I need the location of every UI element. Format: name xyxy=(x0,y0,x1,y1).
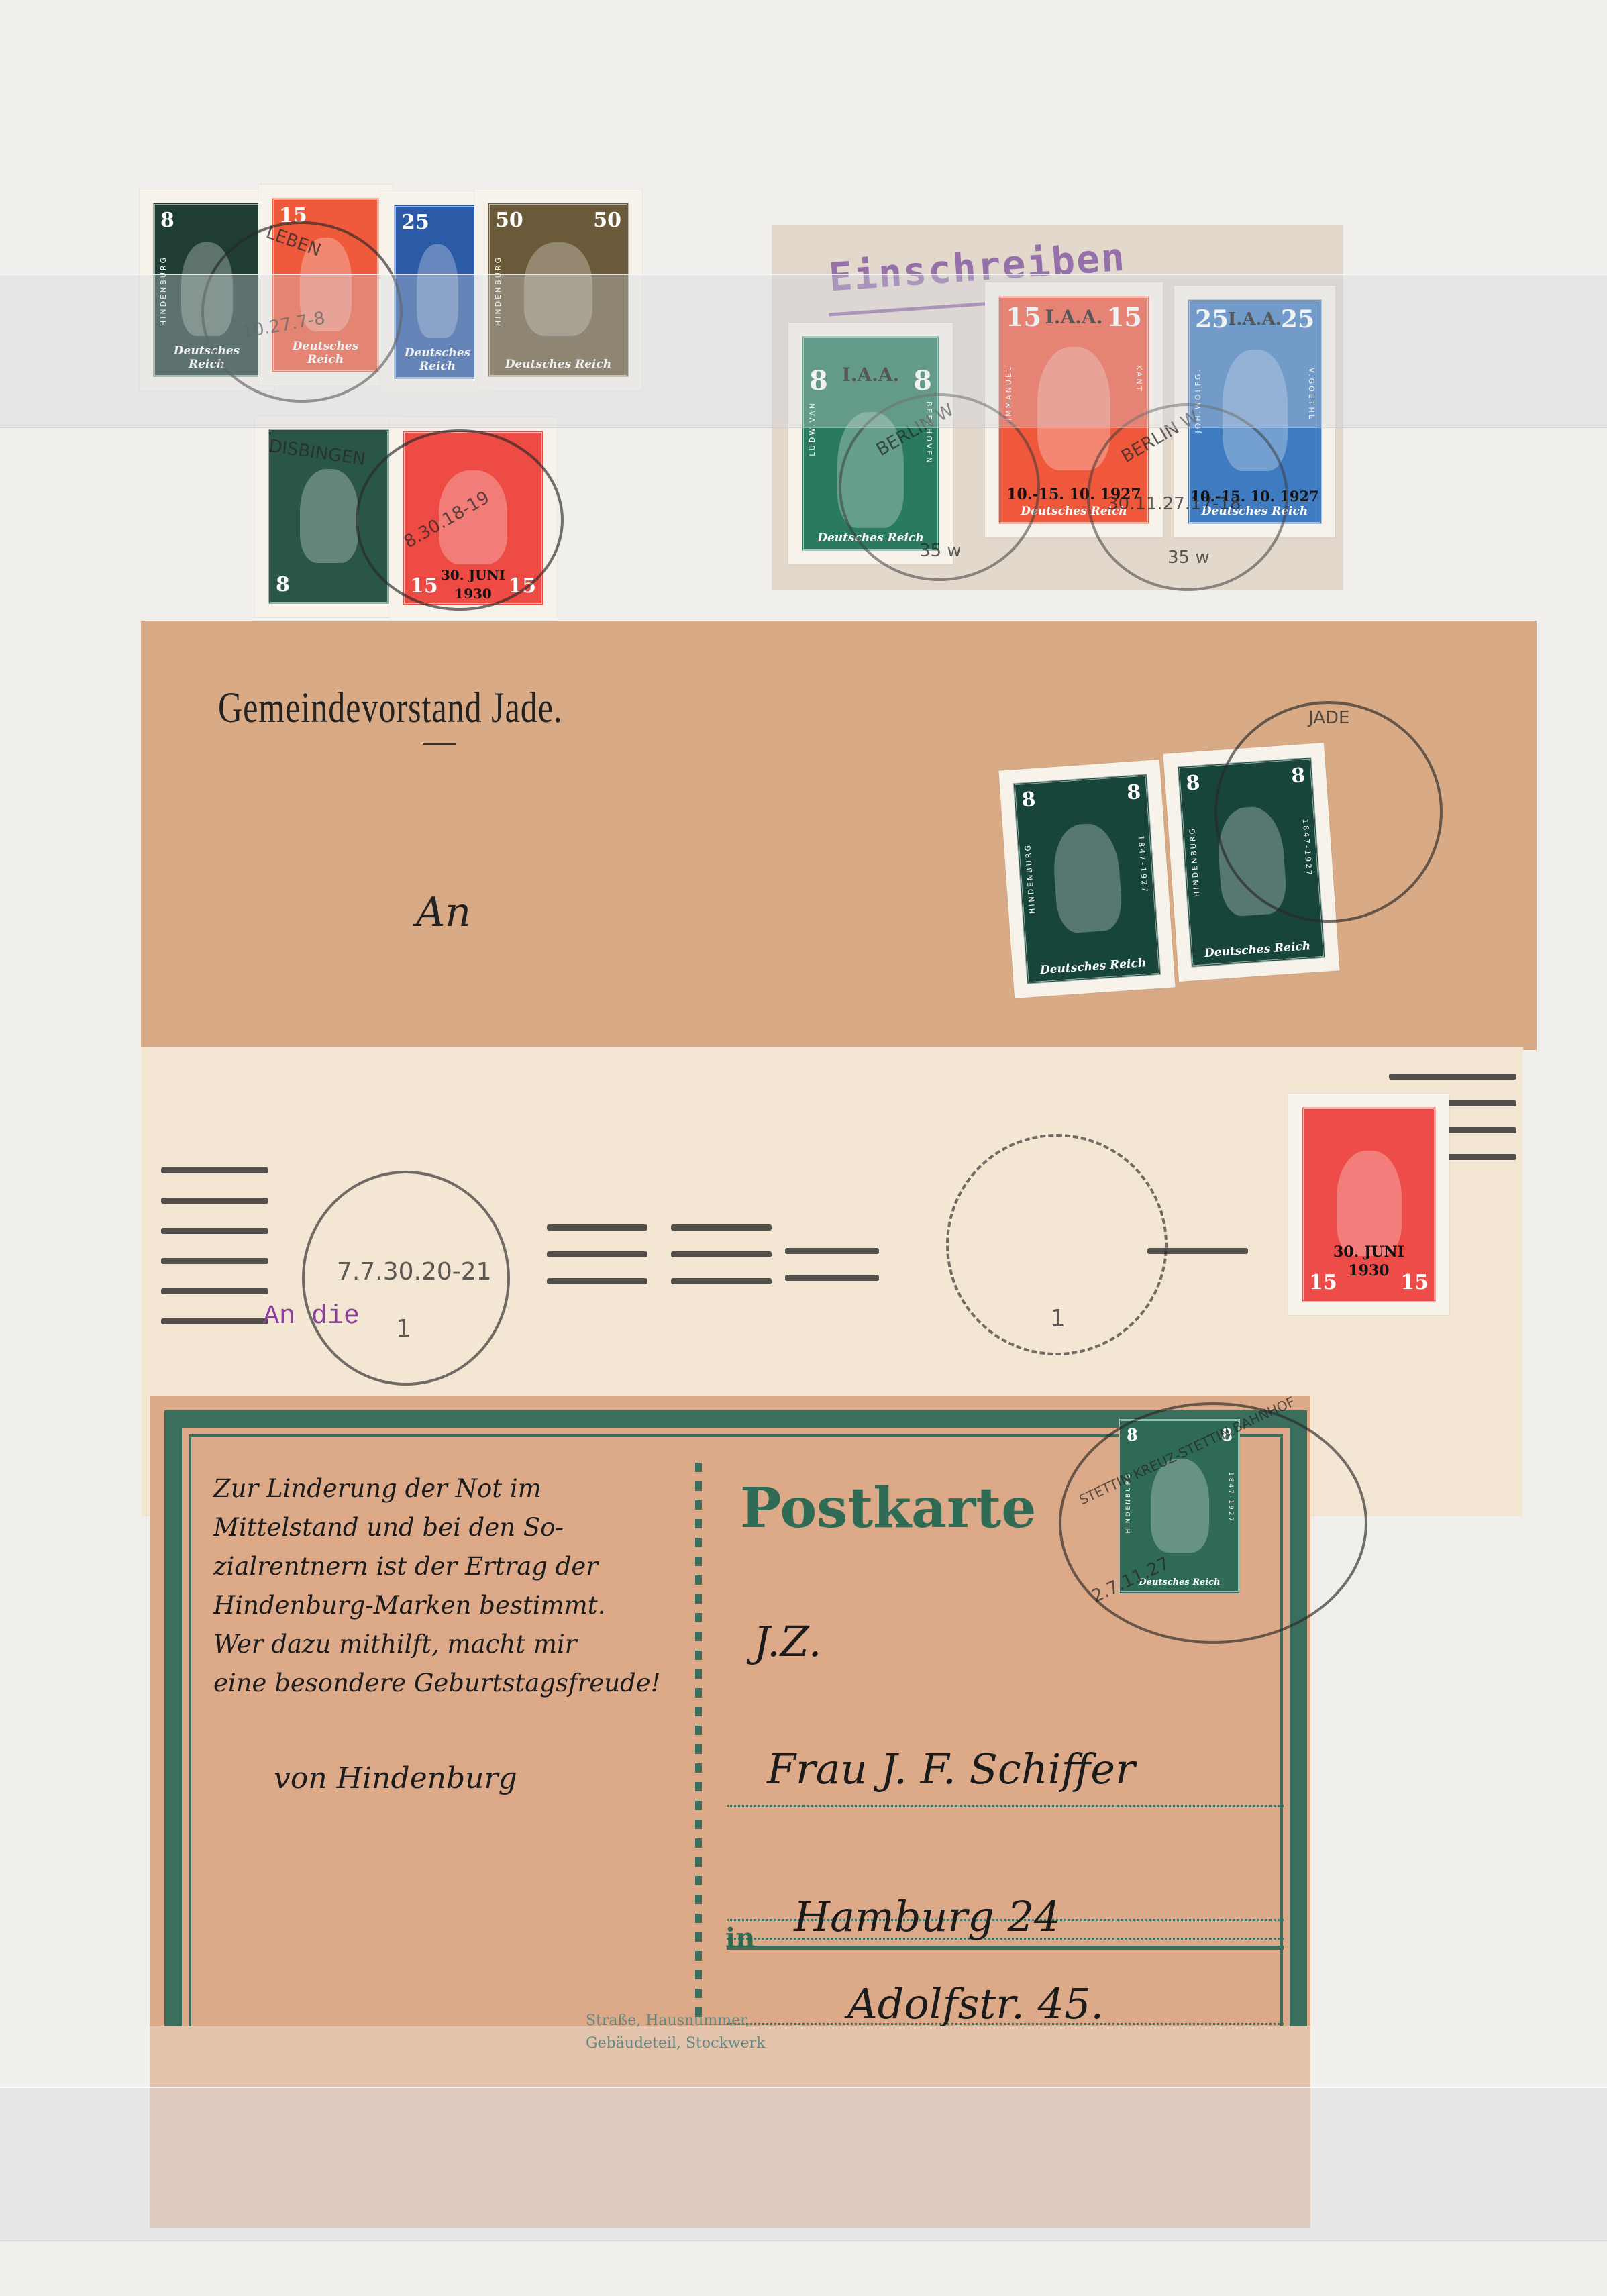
stamp-overprint: I.A.A. xyxy=(1190,309,1320,329)
machine-cancel-bar xyxy=(161,1318,268,1324)
machine-cancel-bar xyxy=(161,1228,268,1234)
stamp-denomination: 8 xyxy=(1126,780,1141,804)
machine-cancel-bar xyxy=(161,1167,268,1173)
stamp-country: Deutsches Reich xyxy=(1192,939,1323,961)
stamp-side-text: LUDW.VAN xyxy=(808,401,817,456)
stamp[interactable]: 8 8 HINDENBURG 1847-1927 Deutsches Reich xyxy=(1163,743,1339,982)
address-line: Hamburg 24 xyxy=(794,1892,1060,1941)
address-hint: Straße, Hausnummer, Gebäudeteil, Stockwe… xyxy=(586,2010,766,2055)
portrait-icon xyxy=(837,412,904,528)
machine-cancel-bar xyxy=(785,1275,879,1281)
postcard[interactable]: Zur Linderung der Not im Mittelstand und… xyxy=(150,1396,1310,2026)
message-line: Wer dazu mithilft, macht mir xyxy=(213,1625,683,1664)
stamp-denomination: 8 xyxy=(1290,764,1306,788)
message-line: Hindenburg-Marken bestimmt. xyxy=(213,1586,683,1625)
typed-address: An die xyxy=(263,1302,360,1332)
machine-cancel-bar xyxy=(1389,1074,1516,1080)
machine-cancel-bar xyxy=(671,1278,772,1284)
stamp-denomination: 50 xyxy=(495,209,523,232)
machine-cancel-bar xyxy=(671,1224,772,1231)
stamp-overprint: 1930 xyxy=(1304,1262,1434,1280)
stamp-denomination: 8 xyxy=(1021,788,1036,812)
postcard-divider xyxy=(695,1463,702,2046)
stamp[interactable]: 15 15 30. JUNI 1930 xyxy=(389,417,557,619)
stamp-country: Deutsches Reich xyxy=(155,344,258,371)
stamp-country: Deutsches Reich xyxy=(490,358,627,371)
portrait-icon xyxy=(524,242,592,336)
stamp-denomination: 8 xyxy=(160,209,174,232)
stamp[interactable]: 8 HINDENBURG Deutsches Reich xyxy=(140,189,274,390)
stamp-denomination: 8 xyxy=(276,573,290,596)
address-rule xyxy=(727,1946,1284,1950)
stamp-overprint: 30. JUNI xyxy=(405,567,541,583)
machine-cancel-bar xyxy=(161,1258,268,1264)
stamp-denomination: 15 xyxy=(279,204,307,227)
stamp[interactable]: 8 8 I.A.A. LUDW.VAN BEETHOVEN Deutsches … xyxy=(788,323,953,564)
portrait-icon xyxy=(1337,1151,1402,1255)
postmark-town: JADE xyxy=(1308,708,1349,728)
machine-cancel-bar xyxy=(671,1251,772,1257)
portrait-icon xyxy=(300,469,358,563)
stamp-denomination: 50 xyxy=(593,209,621,232)
stamp-side-text: HINDENBURG xyxy=(494,256,503,326)
machine-cancel-bar xyxy=(1147,1248,1248,1254)
message-line: Mittelstand und bei den So- xyxy=(213,1508,683,1547)
address-line: Frau J. F. Schiffer xyxy=(767,1744,1135,1793)
postmark-date: 30.11.27.17-18 xyxy=(1107,494,1241,514)
portrait-icon xyxy=(417,244,458,338)
portrait-icon xyxy=(181,242,233,336)
portrait-icon xyxy=(1151,1459,1209,1553)
portrait-icon xyxy=(1051,821,1123,934)
stamp[interactable]: 15 15 30. JUNI 1930 xyxy=(1288,1094,1449,1315)
message-line: zialrentnern ist der Ertrag der xyxy=(213,1547,683,1586)
stamp[interactable]: 8 8 HINDENBURG 1847-1927 Deutsches Reich xyxy=(998,760,1175,998)
divider xyxy=(423,743,456,745)
address-line: Adolfstr. 45. xyxy=(847,1979,1104,2028)
postmark-code: 1 xyxy=(1050,1305,1066,1333)
stamp-side-text: 1847-1927 xyxy=(1137,835,1149,894)
stamp[interactable]: 15 Deutsches Reich xyxy=(258,185,393,386)
machine-cancel-bar xyxy=(161,1198,268,1204)
address-line: J.Z. xyxy=(754,1617,821,1666)
stamp-side-text: IMMANUEL xyxy=(1004,365,1013,421)
portrait-icon xyxy=(1223,350,1288,471)
hint-line: Gebäudeteil, Stockwerk xyxy=(586,2032,766,2055)
hint-line: Straße, Hausnummer, xyxy=(586,2010,766,2032)
stamp-side-text: 1847-1927 xyxy=(1301,819,1314,878)
registered-mail-piece[interactable]: Einschreiben 8 8 I.A.A. LUDW.VAN BEETHOV… xyxy=(772,225,1343,590)
machine-cancel-bar xyxy=(547,1251,647,1257)
cover-jade[interactable]: Gemeindevorstand Jade. An 8 8 HINDENBURG… xyxy=(141,621,1537,1050)
address-rule xyxy=(727,1805,1284,1807)
stamp-denomination: 25 xyxy=(401,211,429,234)
stamp-country: Deutsches Reich xyxy=(274,340,377,366)
address-in-label: in xyxy=(725,1922,755,1954)
stamp-side-text: HINDENBURG xyxy=(1023,843,1037,915)
stamp[interactable]: 50 50 HINDENBURG Deutsches Reich xyxy=(474,189,642,390)
stamp-side-text: KANT xyxy=(1135,365,1143,393)
stamp-side-text: V.GOETHE xyxy=(1307,368,1316,421)
stamp-overprint: 30. JUNI xyxy=(1304,1243,1434,1261)
stamp-side-text: 1847-1927 xyxy=(1227,1472,1234,1523)
stamp-overprint: I.A.A. xyxy=(1000,306,1147,328)
stamp-side-text: HINDENBURG xyxy=(1188,827,1201,898)
postmark-date: 7.7.30.20-21 xyxy=(337,1258,492,1286)
stamp-side-text: HINDENBURG xyxy=(159,256,168,326)
machine-cancel-bar xyxy=(547,1224,647,1231)
handwritten-address: An xyxy=(416,889,471,936)
postmark-code: 1 xyxy=(396,1315,411,1343)
machine-cancel-bar xyxy=(785,1248,879,1254)
machine-cancel-bar xyxy=(547,1278,647,1284)
message-line: eine besondere Geburtstagsfreude! xyxy=(213,1664,683,1703)
cover-sender: Gemeindevorstand Jade. xyxy=(218,682,563,732)
postcard-lower xyxy=(150,2026,1310,2228)
message-line: Zur Linderung der Not im xyxy=(213,1469,683,1508)
postcard-message: Zur Linderung der Not im Mittelstand und… xyxy=(213,1469,683,1703)
stamp-denomination: 8 xyxy=(1185,771,1200,795)
stamp-overprint: 1930 xyxy=(405,586,541,602)
stamp-country: Deutsches Reich xyxy=(396,346,479,373)
portrait-icon xyxy=(1215,804,1288,917)
stamp-denomination: 8 xyxy=(1127,1425,1138,1445)
postmark-code: 35 w xyxy=(919,541,962,561)
postmark-code: 35 w xyxy=(1168,547,1210,568)
stamp-overprint: I.A.A. xyxy=(804,364,937,386)
postcard-title: Postkarte xyxy=(740,1476,1036,1541)
stamp-country: Deutsches Reich xyxy=(1028,955,1159,978)
machine-cancel-bar xyxy=(161,1288,268,1294)
signature: von Hindenburg xyxy=(274,1761,517,1795)
stamp-country: Deutsches Reich xyxy=(804,531,937,545)
portrait-icon xyxy=(1037,347,1111,470)
